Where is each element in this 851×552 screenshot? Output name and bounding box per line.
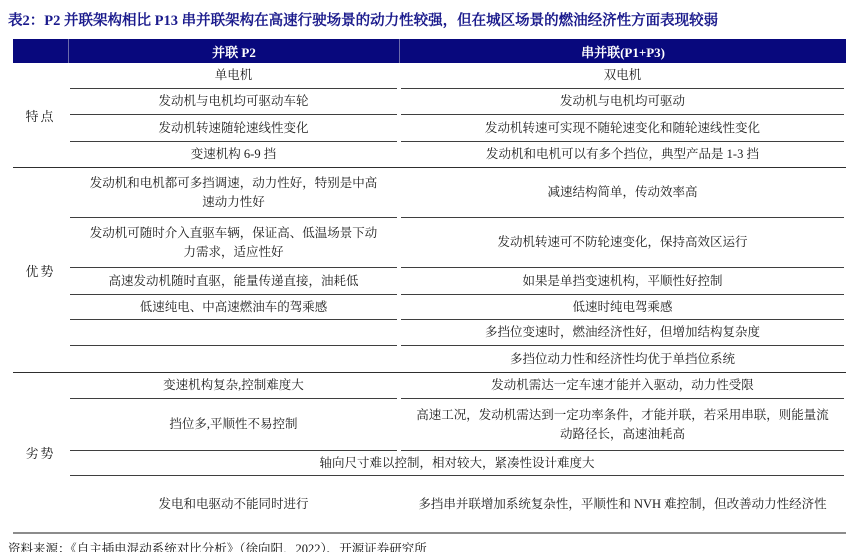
table-row: 变速机构复杂,控制难度大 发动机需达一定车速才能并入驱动，动力性受限 [68,373,846,399]
table-row: 多挡位变速时，燃油经济性好，但增加结构复杂度 [68,320,846,346]
section-advantages: 优势 发动机和电机都可多挡调速，动力性好，特别是中高速动力性好 减速结构简单，传… [13,168,846,373]
table-header-row: 并联 P2 串并联(P1+P3) [13,39,846,63]
cell-p2: 变速机构 6-9 挡 [70,142,397,167]
cell-p13: 多挡位变速时，燃油经济性好，但增加结构复杂度 [401,320,844,346]
cell-p2: 发电和电驱动不能同时进行 [70,476,397,532]
cell-p2: 发动机可随时介入直驱车辆，保证高、低温场景下动力需求，适应性好 [70,218,397,268]
cell-p13: 减速结构简单，传动效率高 [401,168,844,218]
section-label-disadvantages: 劣势 [13,373,68,532]
report-table-page: 表2：P2 并联架构相比 P13 串并联架构在高速行驶场景的动力性较强，但在城区… [0,0,851,552]
section-rows: 变速机构复杂,控制难度大 发动机需达一定车速才能并入驱动，动力性受限 挡位多,平… [68,373,846,532]
comparison-table: 并联 P2 串并联(P1+P3) 特点 单电机 双电机 发动机与电机均可驱动车轮… [13,39,846,534]
source-note: 资料来源：《自主插电混动系统对比分析》（徐向阳，2022）、开源证券研究所 [8,539,851,552]
cell-p2: 单电机 [70,63,397,89]
cell-p2: 发动机转速随轮速线性变化 [70,115,397,142]
cell-p2: 高速发动机随时直驱，能量传递直接，油耗低 [70,268,397,295]
cell-p2-empty [70,346,397,372]
table-row: 发动机可随时介入直驱车辆，保证高、低温场景下动力需求，适应性好 发动机转速可不防… [68,218,846,268]
cell-p13: 如果是单挡变速机构，平顺性好控制 [401,268,844,295]
cell-p13: 发动机与电机均可驱动 [401,89,844,115]
table-row: 低速纯电、中高速燃油车的驾乘感 低速时纯电驾乘感 [68,295,846,320]
cell-p13: 发动机和电机可以有多个挡位，典型产品是 1-3 挡 [401,142,844,167]
cell-p2: 变速机构复杂,控制难度大 [70,373,397,399]
table-row: 发动机转速随轮速线性变化 发动机转速可实现不随轮速变化和随轮速线性变化 [68,115,846,142]
table-row: 发动机与电机均可驱动车轮 发动机与电机均可驱动 [68,89,846,115]
section-features: 特点 单电机 双电机 发动机与电机均可驱动车轮 发动机与电机均可驱动 发动机转速… [13,63,846,168]
section-rows: 单电机 双电机 发动机与电机均可驱动车轮 发动机与电机均可驱动 发动机转速随轮速… [68,63,846,167]
header-cell-series-parallel: 串并联(P1+P3) [399,39,846,63]
table-row: 发动机和电机都可多挡调速，动力性好，特别是中高速动力性好 减速结构简单，传动效率… [68,168,846,218]
cell-p2: 挡位多,平顺性不易控制 [70,399,397,451]
table-row: 发电和电驱动不能同时进行 多挡串并联增加系统复杂性，平顺性和 NVH 难控制，但… [68,476,846,532]
cell-p2-empty [70,320,397,346]
cell-p13: 高速工况，发动机需达到一定功率条件，才能并联，若采用串联，则能量流动路径长，高速… [401,399,844,451]
table-row: 多挡位动力性和经济性均优于单挡位系统 [68,346,846,372]
header-cell-parallel-p2: 并联 P2 [68,39,399,63]
section-rows: 发动机和电机都可多挡调速，动力性好，特别是中高速动力性好 减速结构简单，传动效率… [68,168,846,372]
cell-p13: 发动机转速可实现不随轮速变化和随轮速线性变化 [401,115,844,142]
cell-p13: 低速时纯电驾乘感 [401,295,844,320]
cell-p13: 多挡位动力性和经济性均优于单挡位系统 [401,346,844,372]
cell-p2: 发动机和电机都可多挡调速，动力性好，特别是中高速动力性好 [70,168,397,218]
section-disadvantages: 劣势 变速机构复杂,控制难度大 发动机需达一定车速才能并入驱动，动力性受限 挡位… [13,373,846,534]
header-cell-empty [13,39,68,63]
table-row: 单电机 双电机 [68,63,846,89]
table-row: 变速机构 6-9 挡 发动机和电机可以有多个挡位，典型产品是 1-3 挡 [68,142,846,167]
cell-span-both-columns: 轴向尺寸难以控制，相对较大，紧凑性设计难度大 [70,451,844,476]
table-title: 表2：P2 并联架构相比 P13 串并联架构在高速行驶场景的动力性较强，但在城区… [8,11,845,31]
table-row: 轴向尺寸难以控制，相对较大，紧凑性设计难度大 [68,451,846,476]
cell-p13: 双电机 [401,63,844,89]
cell-p13: 发动机需达一定车速才能并入驱动，动力性受限 [401,373,844,399]
cell-p2: 发动机与电机均可驱动车轮 [70,89,397,115]
section-label-advantages: 优势 [13,168,68,372]
table-row: 挡位多,平顺性不易控制 高速工况，发动机需达到一定功率条件，才能并联，若采用串联… [68,399,846,451]
section-label-features: 特点 [13,63,68,167]
table-row: 高速发动机随时直驱，能量传递直接，油耗低 如果是单挡变速机构，平顺性好控制 [68,268,846,295]
cell-p13: 多挡串并联增加系统复杂性，平顺性和 NVH 难控制，但改善动力性经济性 [401,476,844,532]
cell-p2: 低速纯电、中高速燃油车的驾乘感 [70,295,397,320]
cell-p13: 发动机转速可不防轮速变化，保持高效区运行 [401,218,844,268]
